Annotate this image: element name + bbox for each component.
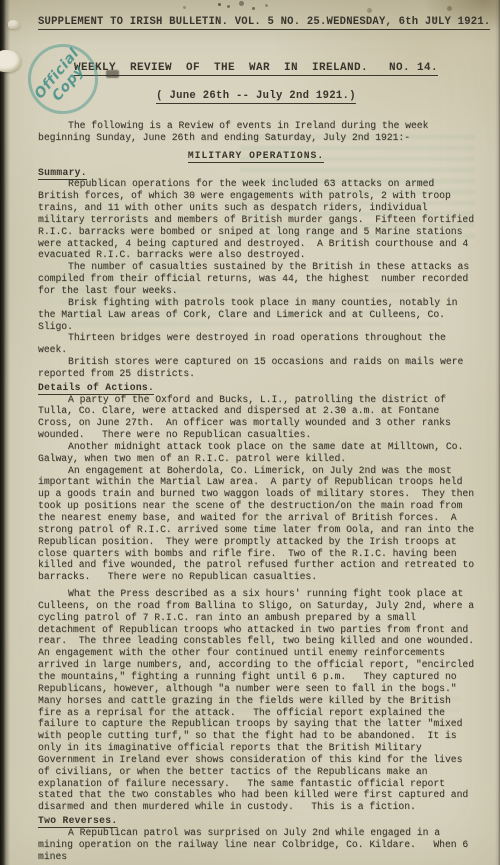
summary-paragraph: British stores were captured on 15 occas… (38, 356, 474, 380)
summary-paragraph: The number of casualties sustained by th… (38, 261, 474, 297)
document-title: WEEKLY REVIEW OF THE WAR IN IRELAND. NO.… (74, 62, 438, 76)
masthead: SUPPLEMENT TO IRISH BULLETIN. VOL. 5 NO.… (38, 16, 474, 30)
summary-paragraph: Republican operations for the week inclu… (38, 178, 474, 261)
page-left-binding-edge (0, 0, 10, 865)
document-body: The following is a Review of events in I… (38, 120, 474, 862)
details-paragraph: Another midnight attack took place on th… (38, 441, 474, 465)
details-paragraph: A party of the Oxford and Bucks, L.I., p… (38, 394, 474, 441)
ink-speckles (218, 3, 221, 6)
details-paragraph: What the Press described as a six hours'… (38, 588, 474, 813)
official-copy-stamp-text: Official Copy (32, 46, 94, 111)
scanned-document-page: Official Copy SUPPLEMENT TO IRISH BULLET… (0, 0, 500, 865)
summary-paragraph: Brisk fighting with patrols took place i… (38, 297, 474, 333)
page-right-edge (495, 0, 500, 865)
summary-paragraph: Thirteen bridges were destroyed in road … (38, 332, 474, 356)
paper-tear-chip-small (8, 20, 20, 29)
masthead-date: WEDNESDAY, 6th JULY 1921. (327, 16, 491, 30)
section-heading-military-operations: MILITARY OPERATIONS. (188, 150, 324, 163)
ink-smudge (106, 70, 119, 78)
document-date-range: ( June 26th -- July 2nd 1921.) (156, 90, 356, 104)
reverses-paragraph: A Republican patrol was surprised on Jul… (38, 827, 474, 863)
side-heading-details-of-actions: Details of Actions. (38, 382, 154, 395)
masthead-publication: SUPPLEMENT TO IRISH BULLETIN. VOL. 5 NO.… (38, 16, 327, 30)
intro-paragraph: The following is a Review of events in I… (38, 120, 474, 144)
details-paragraph: An engagement at Boherdola, Co. Limerick… (38, 465, 474, 583)
